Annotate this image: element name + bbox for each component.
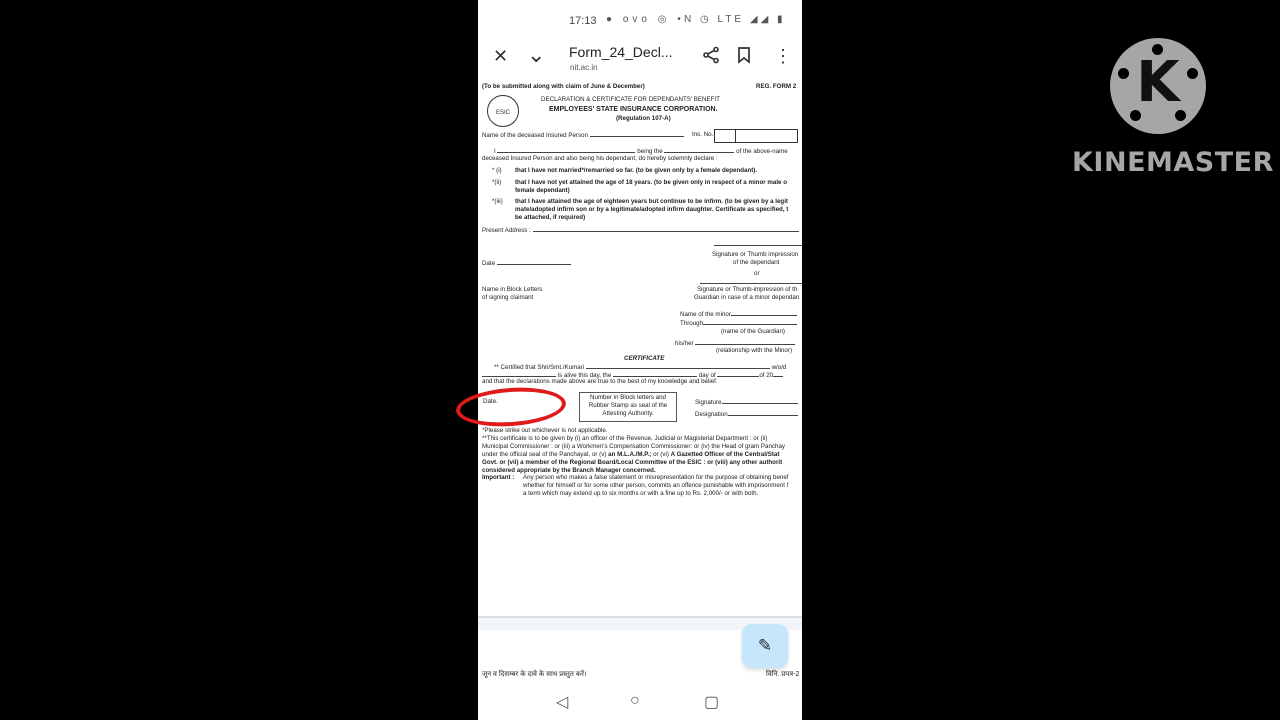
or-label: or (754, 270, 760, 278)
certificate-heading: CERTIFICATE (624, 355, 664, 363)
footnote: Govt. or (vii) a member of the Regional … (482, 459, 782, 467)
notification-icons: ● ovo ◎ • (606, 14, 685, 25)
home-icon[interactable]: ○ (630, 692, 640, 710)
clause-number: *(iii) (492, 198, 503, 206)
guardian-name-label: (name of the Guardian) (721, 328, 785, 336)
stamp-box: Number in Block letters and Rubber Stamp… (579, 392, 677, 422)
signature-field[interactable]: Signature (695, 398, 798, 407)
ins-no-field[interactable] (714, 129, 798, 143)
clause-text: that I have attained the age of eighteen… (515, 198, 788, 206)
certificate-line: and that the declarations made above are… (482, 378, 718, 386)
important-text: whether for himself or for some other pe… (523, 482, 788, 490)
block-letters-label: Name in Block Letters (482, 286, 543, 294)
hindi-header-left: जून व दिसम्बर के दावे के साथ प्रस्तुत कर… (482, 670, 587, 679)
present-address-field[interactable]: Present Address : (482, 226, 799, 235)
organization-name: EMPLOYEES' STATE INSURANCE CORPORATION. (549, 106, 718, 115)
signature-dependant-label: of the dependant (733, 259, 779, 267)
chevron-down-icon[interactable]: ⌄ (527, 42, 545, 68)
designation-field[interactable]: Designation (695, 410, 798, 419)
hindi-header-right: विनि. प्रपत्र-2 (766, 670, 799, 679)
declaration-intro: deceased Insured Person and also being h… (482, 155, 718, 163)
block-letters-label: of signing claimant (482, 294, 533, 302)
regulation: (Regulation 107-A) (616, 115, 671, 123)
more-options-icon[interactable]: ⋮ (774, 46, 792, 67)
footnote: under the official seal of the Panchayat… (482, 451, 779, 459)
back-icon[interactable]: ◁ (556, 692, 568, 712)
bookmark-icon[interactable] (737, 46, 751, 69)
status-bar: 17:13 ● ovo ◎ • N ◷ LTE ◢◢ ▮ (478, 0, 802, 40)
footnote: **This certificate is to be given by (i)… (482, 435, 767, 443)
through-field[interactable]: Through (680, 319, 797, 328)
signature-guardian-label: Guardian in case of a minor dependan (694, 294, 799, 302)
important-text: a term which may extend up to six months… (523, 490, 758, 498)
minor-name-field[interactable]: Name of the minor (680, 310, 797, 319)
app-bar: ✕ ⌄ Form_24_Decl... nit.ac.in ⋮ (478, 40, 802, 82)
clause-text: be attached, if required) (515, 214, 585, 222)
clause-text: that I have not yet attained the age of … (515, 179, 787, 187)
clause-number: *(ii) (492, 179, 501, 187)
date-field[interactable]: Date (482, 259, 571, 268)
phone-screen: 17:13 ● ovo ◎ • N ◷ LTE ◢◢ ▮ ✕ ⌄ Form_24… (478, 0, 802, 720)
pencil-icon: ✎ (758, 636, 772, 656)
pdf-page: (To be submitted along with claim of Jun… (478, 82, 802, 616)
navigation-bar: ◁ ○ ▢ (478, 684, 802, 720)
clause-text: that I have not married*/remarried so fa… (515, 167, 757, 175)
submission-note: (To be submitted along with claim of Jun… (482, 83, 645, 91)
form-number: REG. FORM 2 (756, 83, 796, 91)
document-title: Form_24_Decl... (569, 44, 672, 60)
clause-number: * (i) (492, 167, 502, 175)
close-icon[interactable]: ✕ (493, 46, 508, 67)
signature-dependant-label: Signature or Thumb impression (712, 251, 798, 259)
footnote: *Please strike out whichever is not appl… (482, 427, 608, 435)
deceased-name-field[interactable]: Name of the deceased Insured Person (482, 131, 684, 140)
clock: 17:13 (569, 15, 597, 27)
edit-button[interactable]: ✎ (742, 624, 788, 668)
clause-text: female dependant) (515, 187, 570, 195)
kinemaster-logo: K (1110, 38, 1206, 134)
document-source: nit.ac.in (570, 63, 598, 72)
kinemaster-watermark: KINEMASTER (1072, 147, 1242, 178)
important-label: Important : (482, 474, 514, 482)
relationship-label: (relationship with the Minor) (716, 347, 792, 355)
footnote: Municipal Commissioner : or (iii) a Work… (482, 443, 785, 451)
esic-emblem: ESIC (487, 95, 519, 127)
signature-guardian-label: Signature or Thumb-impression of th (697, 286, 797, 294)
important-text: Any person who makes a false statement o… (523, 474, 789, 482)
clause-text: mate/adopted infirm son or by a legitima… (515, 206, 788, 214)
share-icon[interactable] (702, 46, 720, 69)
system-status-icons: N ◷ LTE ◢◢ ▮ (684, 14, 786, 25)
recents-icon[interactable]: ▢ (704, 692, 719, 712)
form-title: DECLARATION & CERTIFICATE FOR DEPENDANTS… (541, 96, 720, 104)
ins-no-label: Ins. No. (692, 131, 713, 139)
